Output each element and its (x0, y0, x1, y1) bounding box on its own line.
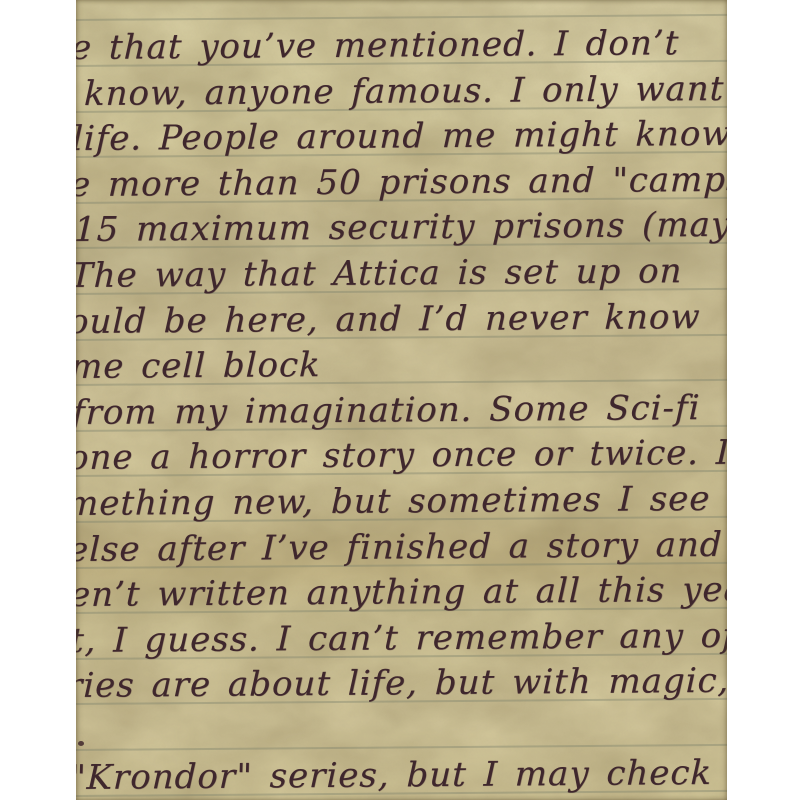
letter-paper: e that you’ve mentioned. I don’tknow, an… (76, 0, 727, 800)
handwriting-line: "Krondor" series, but I may check it out (76, 748, 727, 800)
ink-dot (78, 741, 84, 746)
handwriting-line: me cell block (76, 341, 321, 393)
letter-content: e that you’ve mentioned. I don’tknow, an… (76, 0, 727, 800)
handwriting-line: ould be here, and I’d never know (76, 293, 701, 348)
handwriting-line: ries are about life, but with magic, spa… (76, 656, 727, 712)
photo-of-letter: e that you’ve mentioned. I don’tknow, an… (0, 0, 800, 800)
